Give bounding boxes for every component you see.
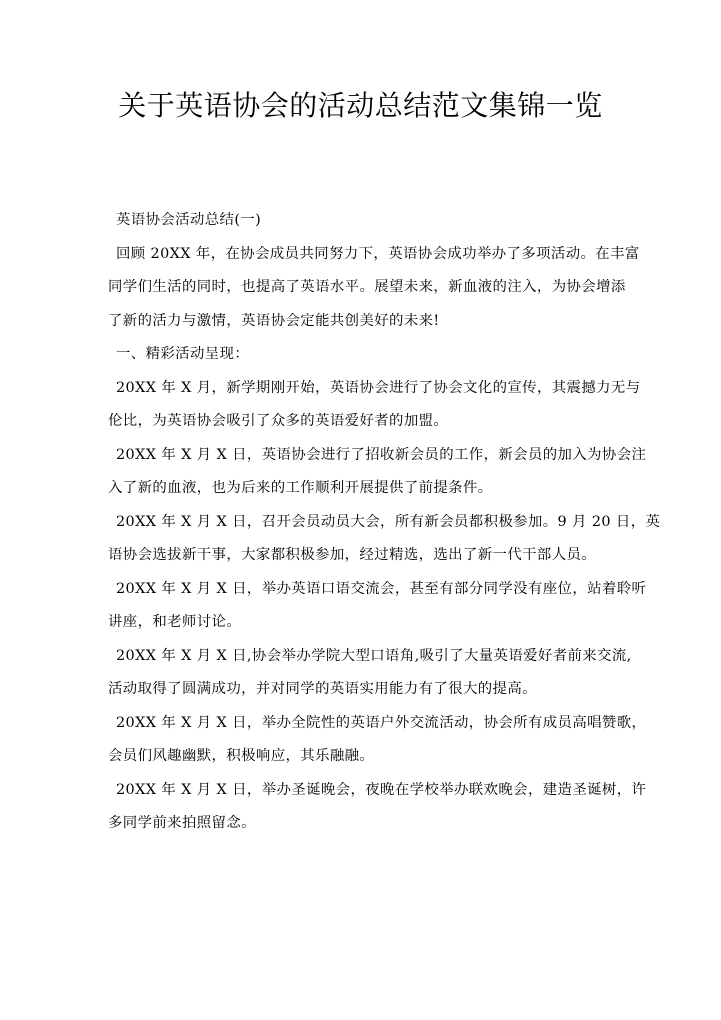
paragraph-line: 同学们生活的同时，也提高了英语水平。展望未来，新血液的注入，为协会增添 [108,275,614,309]
subsection-heading: 一、精彩活动呈现： [108,342,614,376]
paragraph-line: 会员们风趣幽默，积极响应，其乐融融。 [108,744,614,778]
paragraph-line: 20XX 年 X 月 X 日，举办圣诞晚会，夜晚在学校举办联欢晚会，建造圣诞树，… [108,778,614,812]
paragraph-line: 入了新的血液，也为后来的工作顺利开展提供了前提条件。 [108,476,614,510]
paragraph-line: 活动取得了圆满成功，并对同学的英语实用能力有了很大的提高。 [108,677,614,711]
document-title: 关于英语协会的活动总结范文集锦一览 [0,86,721,126]
paragraph-line: 了新的活力与激情，英语协会定能共创美好的未来! [108,309,614,343]
paragraph-line: 伦比，为英语协会吸引了众多的英语爱好者的加盟。 [108,409,614,443]
paragraph-line: 20XX 年 X 月 X 日，英语协会进行了招收新会员的工作，新会员的加入为协会… [108,443,614,477]
paragraph-line: 20XX 年 X 月 X 日，召开会员动员大会，所有新会员都积极参加。9 月 2… [108,510,614,544]
paragraph-line: 20XX 年 X 月 X 日,协会举办学院大型口语角,吸引了大量英语爱好者前来交… [108,644,614,678]
paragraph-line: 讲座，和老师讨论。 [108,610,614,644]
paragraph-line: 语协会选拔新干事，大家都积极参加，经过精选，选出了新一代干部人员。 [108,543,614,577]
document-body: 英语协会活动总结(一) 回顾 20XX 年，在协会成员共同努力下，英语协会成功举… [108,208,614,845]
paragraph-line: 20XX 年 X 月 X 日，举办英语口语交流会，甚至有部分同学没有座位，站着聆… [108,577,614,611]
paragraph-line: 20XX 年 X 月 X 日，举办全院性的英语户外交流活动，协会所有成员高唱赞歌… [108,711,614,745]
paragraph-line: 多同学前来拍照留念。 [108,811,614,845]
paragraph-line: 20XX 年 X 月，新学期刚开始，英语协会进行了协会文化的宣传，其震撼力无与 [108,376,614,410]
section-heading: 英语协会活动总结(一) [108,208,614,242]
paragraph-line: 回顾 20XX 年，在协会成员共同努力下，英语协会成功举办了多项活动。在丰富 [108,242,614,276]
